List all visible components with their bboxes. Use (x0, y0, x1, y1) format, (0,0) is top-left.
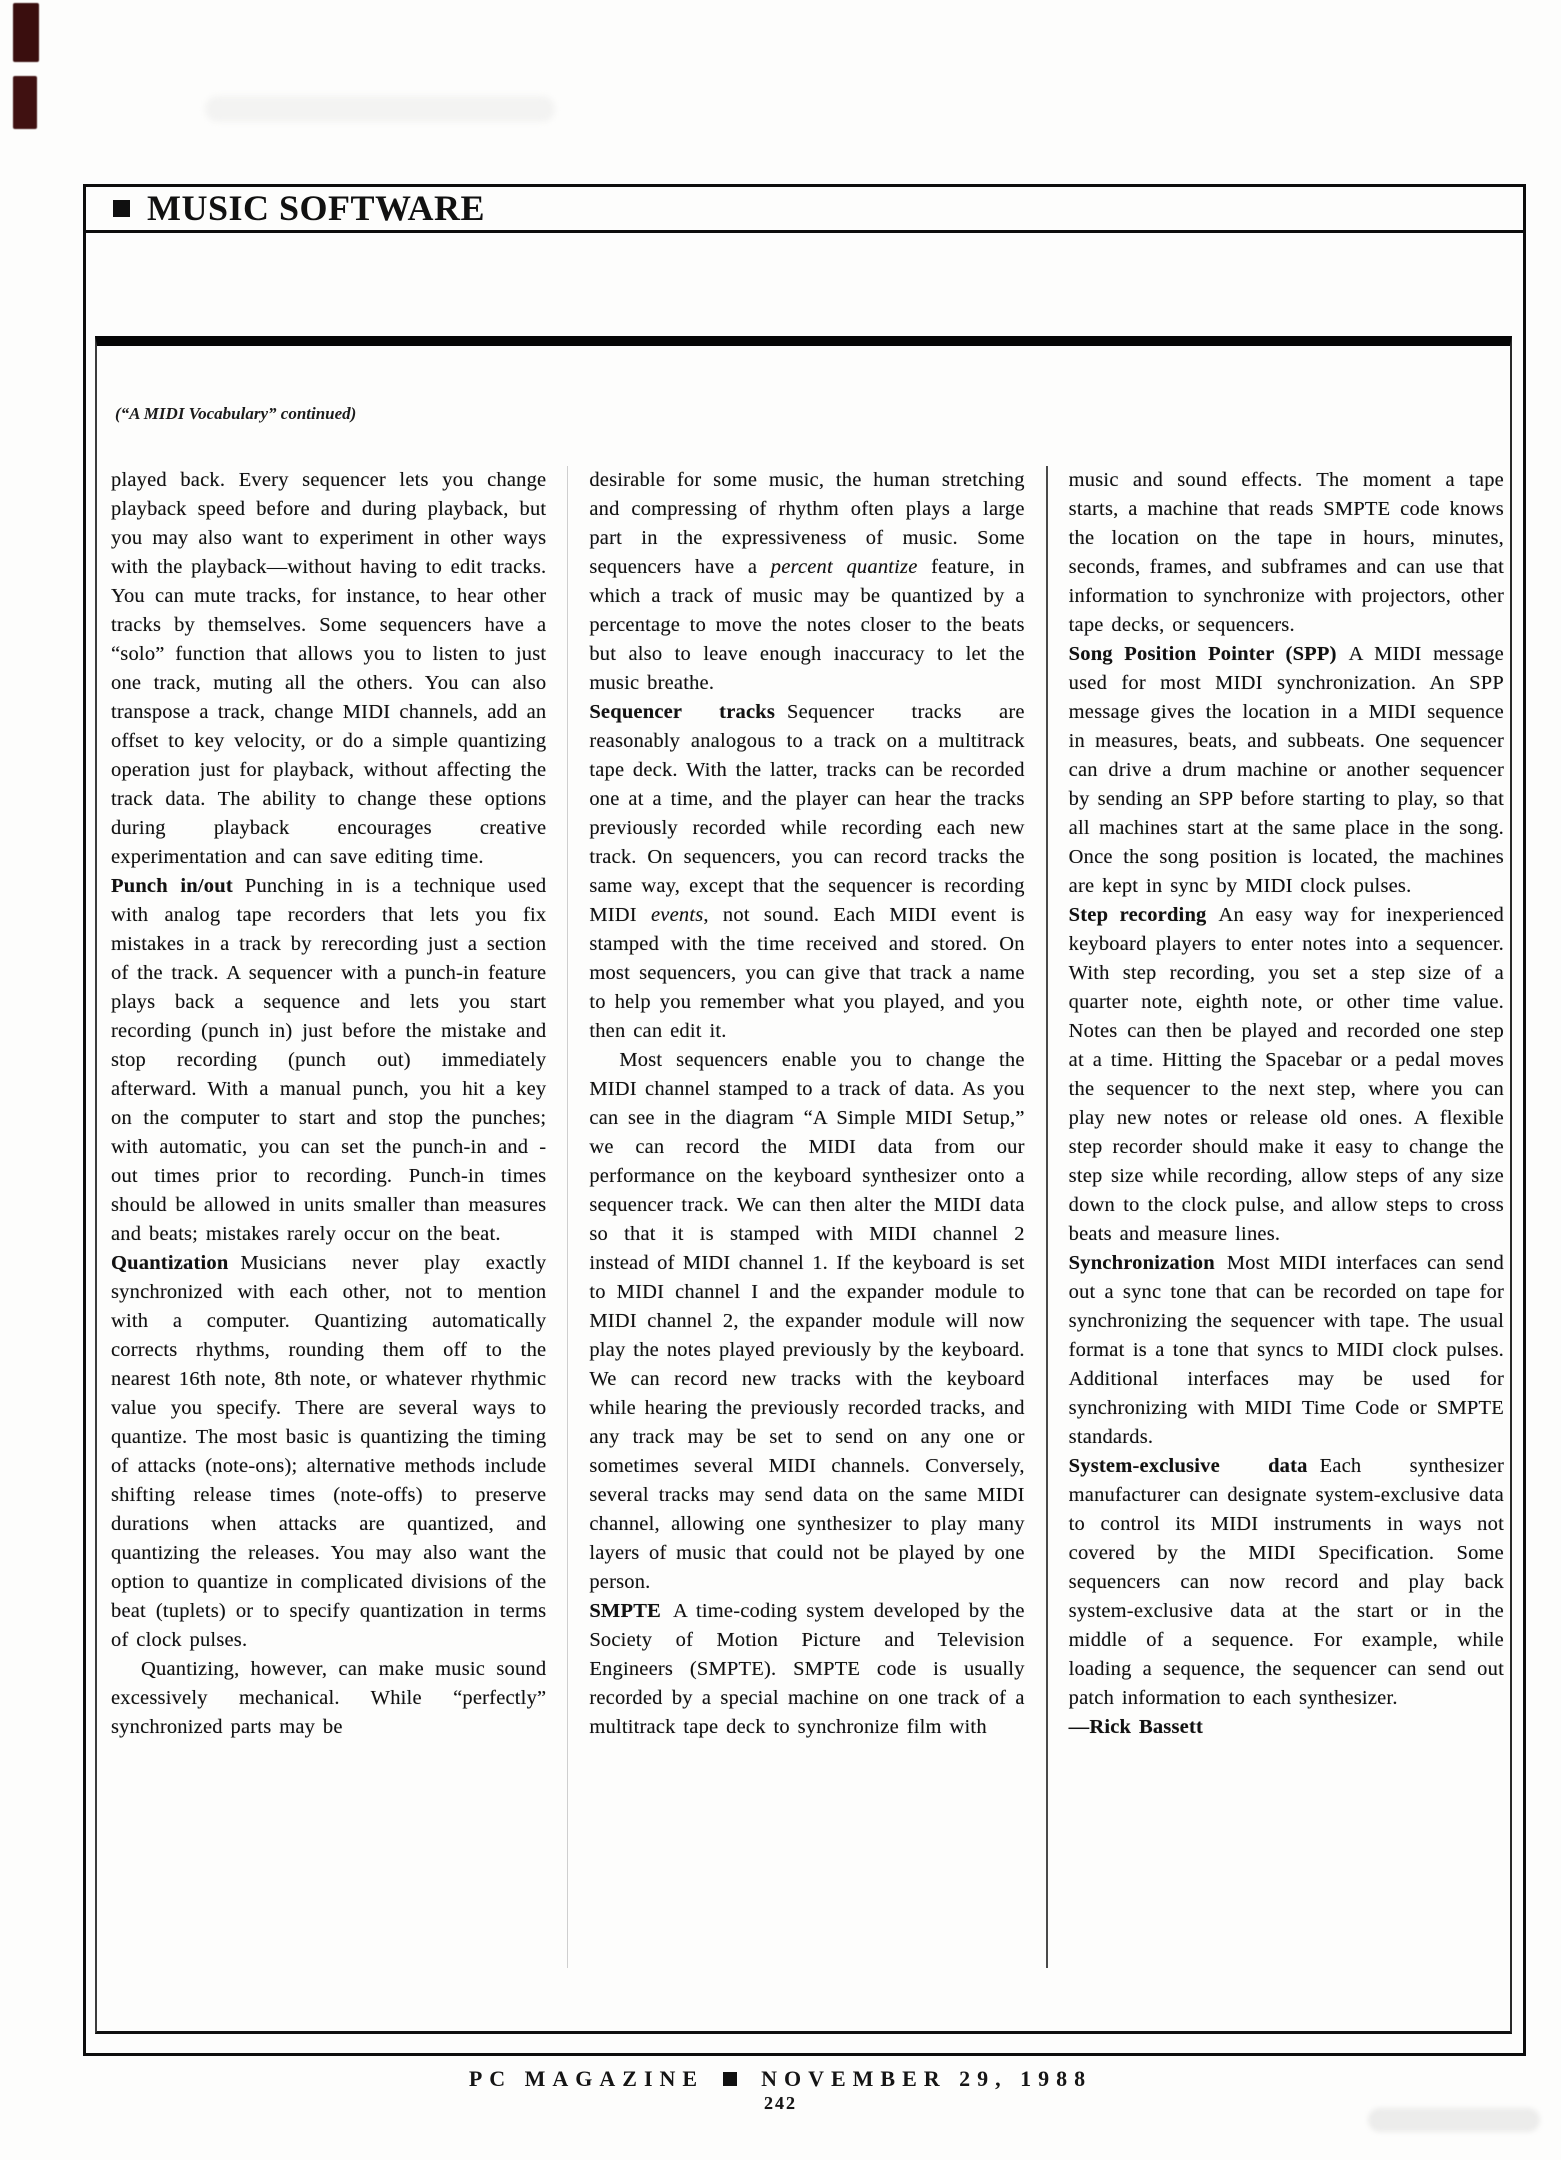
paragraph: Sequencer tracksSequencer tracks are rea… (589, 698, 1024, 1046)
paragraph: music and sound effects. The moment a ta… (1069, 466, 1504, 640)
term-label: Synchronization (1069, 1252, 1215, 1274)
scan-smudge (205, 96, 555, 122)
term-label: Quantization (111, 1252, 228, 1274)
text-run: Musicians never play exactly synchronize… (111, 1252, 546, 1651)
article-frame: MUSIC SOFTWARE (“A MIDI Vocabulary” cont… (83, 184, 1526, 2056)
paragraph: —Rick Bassett (1069, 1713, 1504, 1742)
paragraph: Punch in/outPunching in is a technique u… (111, 872, 546, 1249)
text-run: Punching in is a technique used with ana… (111, 875, 546, 1245)
term-label: System-exclusive data (1069, 1455, 1308, 1477)
page-footer: PC MAGAZINE NOVEMBER 29, 1988 242 (0, 2066, 1561, 2114)
text-run: events (651, 904, 703, 926)
paragraph: Song Position Pointer (SPP)A MIDI messag… (1069, 640, 1504, 901)
text-run: An easy way for inexperienced keyboard p… (1069, 904, 1504, 1245)
magazine-name: PC MAGAZINE (469, 2066, 704, 2091)
issue-date: NOVEMBER 29, 1988 (761, 2066, 1092, 2091)
scan-artifact-mark (13, 3, 39, 62)
paragraph: Most sequencers enable you to change the… (589, 1046, 1024, 1597)
text-run: Sequencer tracks are reasonably analogou… (589, 701, 1024, 926)
term-label: Punch in/out (111, 875, 233, 897)
term-label: Step recording (1069, 904, 1207, 926)
continuation-note: (“A MIDI Vocabulary” continued) (115, 404, 1504, 424)
scanned-magazine-page: MUSIC SOFTWARE (“A MIDI Vocabulary” cont… (0, 0, 1561, 2160)
section-header: MUSIC SOFTWARE (86, 187, 1523, 233)
paragraph: SMPTEA time-coding system developed by t… (589, 1597, 1024, 1742)
article-column: played back. Every sequencer lets you ch… (111, 466, 546, 1968)
paragraph: played back. Every sequencer lets you ch… (111, 466, 546, 872)
text-run: music and sound effects. The moment a ta… (1069, 469, 1504, 636)
text-run: Quantizing, however, can make music soun… (111, 1658, 546, 1738)
article-column: music and sound effects. The moment a ta… (1046, 466, 1504, 1968)
text-run: Each synthesizer manufacturer can design… (1069, 1455, 1504, 1709)
text-run: played back. Every sequencer lets you ch… (111, 469, 546, 868)
paragraph: desirable for some music, the human stre… (589, 466, 1024, 698)
square-bullet-icon (113, 200, 130, 217)
square-bullet-icon (723, 2072, 737, 2086)
article-columns: played back. Every sequencer lets you ch… (111, 466, 1504, 1968)
article-column: desirable for some music, the human stre… (567, 466, 1024, 1968)
paragraph: Step recordingAn easy way for inexperien… (1069, 901, 1504, 1249)
scan-smudge (1368, 2108, 1540, 2132)
scan-artifact-mark (13, 76, 37, 129)
paragraph: QuantizationMusicians never play exactly… (111, 1249, 546, 1655)
paragraph: SynchronizationMost MIDI interfaces can … (1069, 1249, 1504, 1452)
text-run: percent quantize (771, 556, 918, 578)
paragraph: Quantizing, however, can make music soun… (111, 1655, 546, 1742)
term-label: Song Position Pointer (SPP) (1069, 643, 1337, 665)
section-title: MUSIC SOFTWARE (147, 190, 485, 226)
article-body-frame: (“A MIDI Vocabulary” continued) played b… (95, 336, 1512, 2034)
text-run: A MIDI message used for most MIDI synchr… (1069, 643, 1504, 897)
text-run: Most sequencers enable you to change the… (589, 1049, 1024, 1593)
term-label: —Rick Bassett (1069, 1716, 1203, 1738)
page-number: 242 (0, 2093, 1561, 2114)
term-label: SMPTE (589, 1600, 661, 1622)
term-label: Sequencer tracks (589, 701, 775, 723)
text-run: Most MIDI interfaces can send out a sync… (1069, 1252, 1504, 1448)
paragraph: System-exclusive dataEach synthesizer ma… (1069, 1452, 1504, 1713)
footer-text: PC MAGAZINE NOVEMBER 29, 1988 (0, 2066, 1561, 2092)
